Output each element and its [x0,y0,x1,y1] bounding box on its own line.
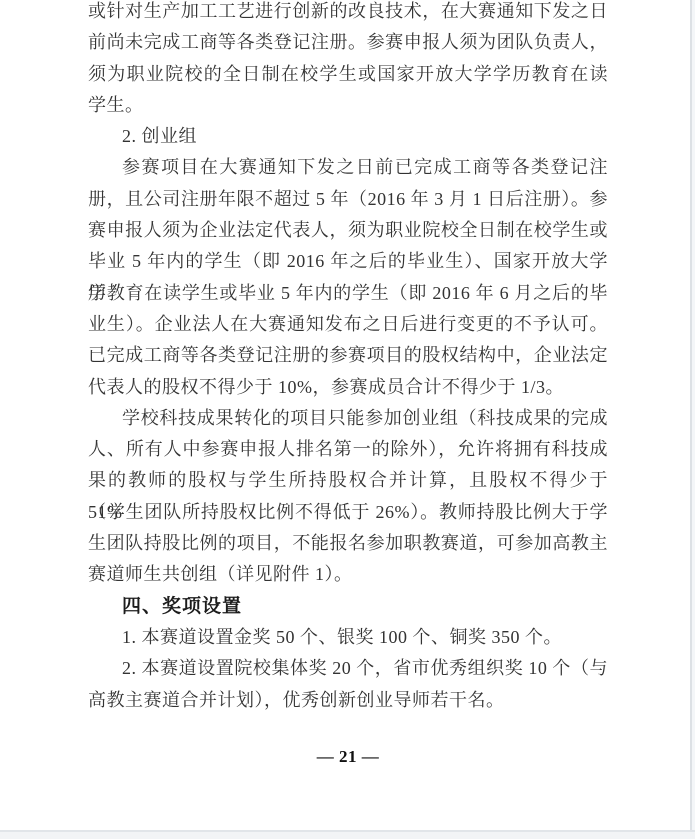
text-line: 已完成工商等各类登记注册的参赛项目的股权结构中，企业法定 [88,340,608,371]
text-line: 册，且公司注册年限不超过 5 年（2016 年 3 月 1 日后注册）。参 [88,184,608,215]
text-line: 参赛项目在大赛通知下发之日前已完成工商等各类登记注 [88,152,608,183]
text-line: 果的教师的股权与学生所持股权合并计算，且股权不得少于 51% [88,465,608,496]
text-line: 人、所有人中参赛申报人排名第一的除外），允许将拥有科技成 [88,434,608,465]
text-line: 高教主赛道合并计划），优秀创新创业导师若干名。 [88,685,608,716]
text-line: 或针对生产加工工艺进行创新的改良技术，在大赛通知下发之日 [88,0,608,27]
text-line: （学生团队所持股权比例不得低于 26%）。教师持股比例大于学 [88,497,608,528]
page-number: — 21 — [88,747,608,767]
document-page: 或针对生产加工工艺进行创新的改良技术，在大赛通知下发之日 前尚未完成工商等各类登… [0,0,695,839]
section-heading-awards: 四、奖项设置 [88,591,608,622]
text-line: 学校科技成果转化的项目只能参加创业组（科技成果的完成 [88,403,608,434]
subheading-entrepreneurship-group: 2. 创业组 [88,121,608,152]
text-line: 历教育在读学生或毕业 5 年内的学生（即 2016 年 6 月之后的毕 [88,278,608,309]
page-bottom-edge-shadow [0,832,695,839]
text-line: 业生）。企业法人在大赛通知发布之日后进行变更的不予认可。 [88,309,608,340]
text-line: 前尚未完成工商等各类登记注册。参赛申报人须为团队负责人， [88,27,608,58]
text-line: 毕业 5 年内的学生（即 2016 年之后的毕业生）、国家开放大学学 [88,246,608,277]
text-line: 2. 本赛道设置院校集体奖 20 个，省市优秀组织奖 10 个（与 [88,653,608,684]
document-body: 或针对生产加工工艺进行创新的改良技术，在大赛通知下发之日 前尚未完成工商等各类登… [88,0,608,767]
text-line: 生团队持股比例的项目，不能报名参加职教赛道，可参加高教主 [88,528,608,559]
text-line: 赛申报人须为企业法定代表人，须为职业院校全日制在校学生或 [88,215,608,246]
text-line: 学生。 [88,90,608,121]
text-line: 代表人的股权不得少于 10%，参赛成员合计不得少于 1/3。 [88,372,608,403]
text-line: 赛道师生共创组（详见附件 1）。 [88,559,608,590]
text-line: 须为职业院校的全日制在校学生或国家开放大学学历教育在读 [88,59,608,90]
text-line: 1. 本赛道设置金奖 50 个、银奖 100 个、铜奖 350 个。 [88,622,608,653]
